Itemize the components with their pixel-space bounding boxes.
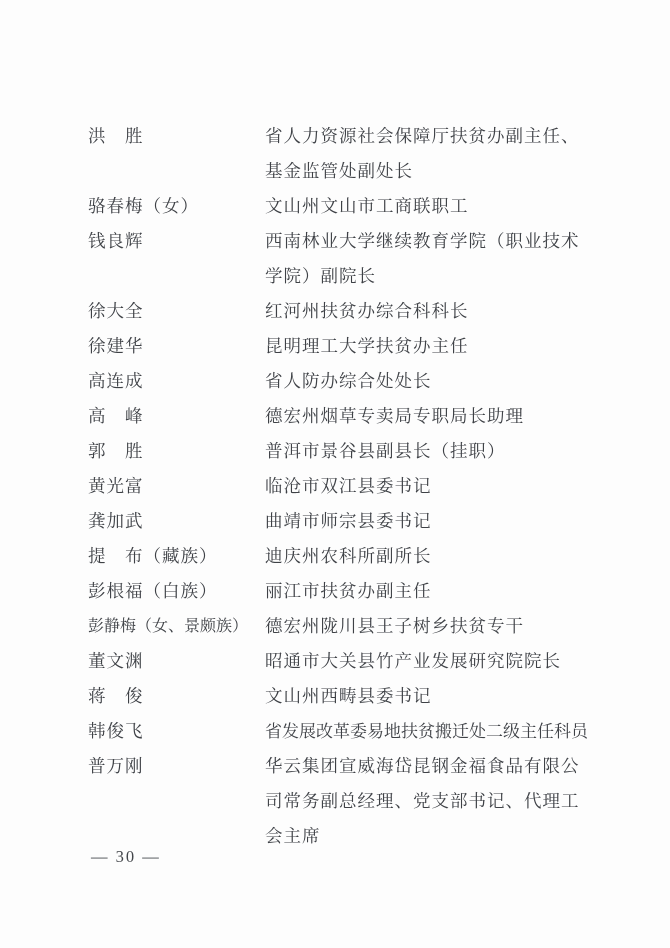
person-name: 钱良辉 [88,224,265,259]
person-name: 提 布（藏族） [88,539,265,574]
person-name: 高连成 [88,364,265,399]
person-position: 临沧市双江县委书记 [265,469,597,504]
person-name: 龚加武 [88,504,265,539]
page-number: — 30 — [91,847,161,867]
roster-row: 钱良辉 西南林业大学继续教育学院（职业技术学院）副院长 [88,224,600,294]
person-name: 徐建华 [88,329,265,364]
roster-row: 蒋 俊 文山州西畴县委书记 [88,679,600,714]
person-position: 德宏州陇川县王子树乡扶贫专干 [265,609,597,644]
person-name: 韩俊飞 [88,714,265,749]
person-position: 迪庆州农科所副所长 [265,539,597,574]
person-name: 黄光富 [88,469,265,504]
roster-row: 龚加武 曲靖市师宗县委书记 [88,504,600,539]
person-name: 洪 胜 [88,119,265,154]
person-name: 高 峰 [88,399,265,434]
roster-row: 彭根福（白族） 丽江市扶贫办副主任 [88,574,600,609]
person-position: 普洱市景谷县副县长（挂职） [265,434,597,469]
person-name: 彭根福（白族） [88,574,265,609]
roster-row: 徐建华 昆明理工大学扶贫办主任 [88,329,600,364]
person-name: 董文渊 [88,644,265,679]
person-position: 昆明理工大学扶贫办主任 [265,329,597,364]
document-page: 洪 胜 省人力资源社会保障厅扶贫办副主任、基金监管处副处长 骆春梅（女） 文山州… [0,0,670,948]
person-position: 丽江市扶贫办副主任 [265,574,597,609]
person-position: 文山州西畴县委书记 [265,679,597,714]
roster-row: 郭 胜 普洱市景谷县副县长（挂职） [88,434,600,469]
roster-row: 提 布（藏族） 迪庆州农科所副所长 [88,539,600,574]
roster-row: 韩俊飞 省发展改革委易地扶贫搬迁处二级主任科员 [88,714,600,749]
person-position: 红河州扶贫办综合科科长 [265,294,597,329]
roster-row: 骆春梅（女） 文山州文山市工商联职工 [88,189,600,224]
roster-row: 高 峰 德宏州烟草专卖局专职局长助理 [88,399,600,434]
roster-row: 黄光富 临沧市双江县委书记 [88,469,600,504]
person-name: 徐大全 [88,294,265,329]
person-position: 西南林业大学继续教育学院（职业技术学院）副院长 [265,224,597,294]
roster-list: 洪 胜 省人力资源社会保障厅扶贫办副主任、基金监管处副处长 骆春梅（女） 文山州… [88,119,600,854]
person-position: 德宏州烟草专卖局专职局长助理 [265,399,597,434]
person-position: 省人力资源社会保障厅扶贫办副主任、基金监管处副处长 [265,119,597,189]
roster-row: 徐大全 红河州扶贫办综合科科长 [88,294,600,329]
roster-row: 洪 胜 省人力资源社会保障厅扶贫办副主任、基金监管处副处长 [88,119,600,189]
person-position: 华云集团宣威海岱昆钢金福食品有限公司常务副总经理、党支部书记、代理工会主席 [265,749,597,854]
person-position: 省人防办综合处处长 [265,364,597,399]
person-name: 郭 胜 [88,434,265,469]
person-position: 曲靖市师宗县委书记 [265,504,597,539]
person-position: 昭通市大关县竹产业发展研究院院长 [265,644,597,679]
roster-row: 高连成 省人防办综合处处长 [88,364,600,399]
person-name: 骆春梅（女） [88,189,265,224]
person-name: 彭静梅（女、景颇族） [88,609,265,644]
person-name: 普万刚 [88,749,265,784]
person-name: 蒋 俊 [88,679,265,714]
roster-row: 彭静梅（女、景颇族） 德宏州陇川县王子树乡扶贫专干 [88,609,600,644]
person-position: 文山州文山市工商联职工 [265,189,597,224]
person-position: 省发展改革委易地扶贫搬迁处二级主任科员 [265,714,597,749]
roster-row: 董文渊 昭通市大关县竹产业发展研究院院长 [88,644,600,679]
roster-row: 普万刚 华云集团宣威海岱昆钢金福食品有限公司常务副总经理、党支部书记、代理工会主… [88,749,600,854]
